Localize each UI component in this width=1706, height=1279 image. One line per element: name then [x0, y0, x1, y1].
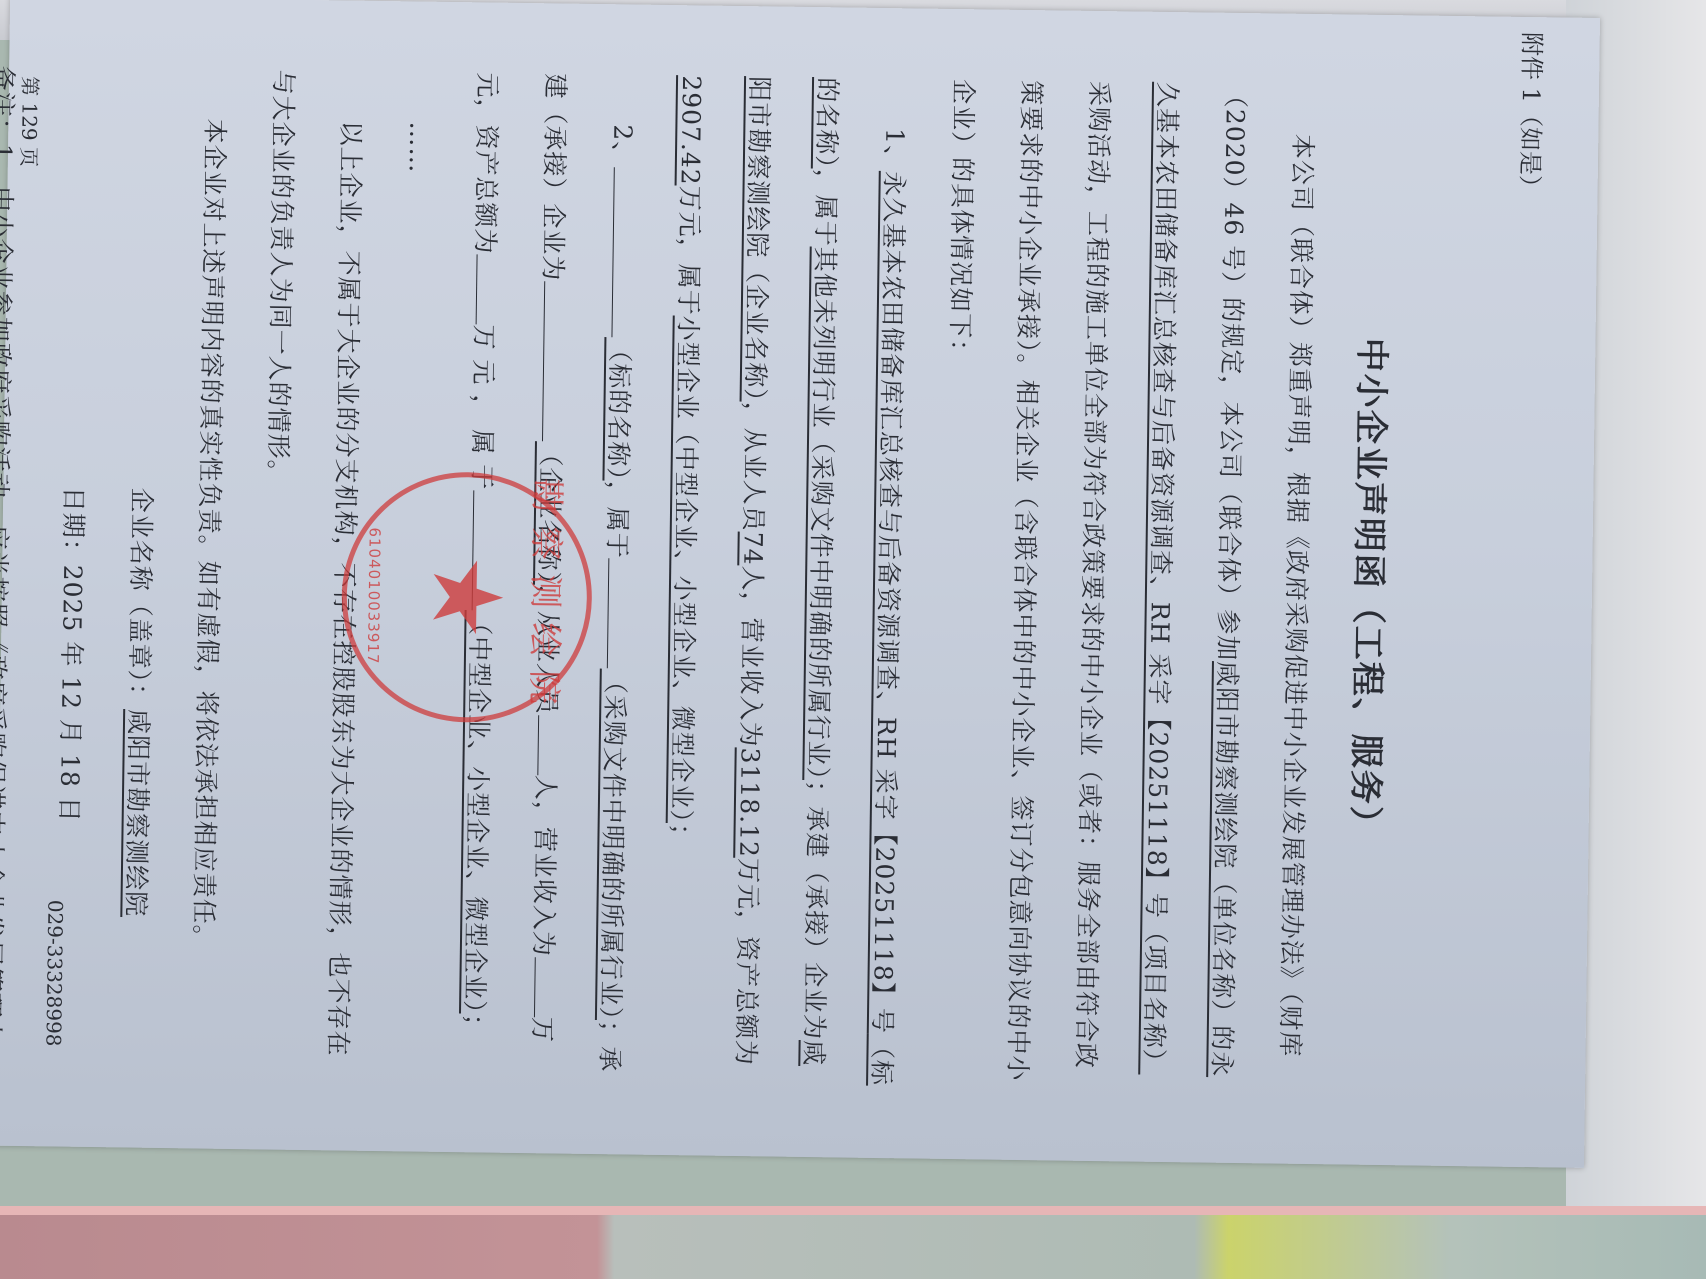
item1-subject: 永久基本农田储备库汇总核查与后备资源调查、RH 采字【20251118】号	[868, 171, 909, 1034]
item2-assets-blank	[476, 254, 502, 324]
item-1: 1、永久基本农田储备库汇总核查与后备资源调查、RH 采字【20251118】号（…	[643, 75, 929, 1089]
item1-industry: 其他未列明行业（采购文件中明确的所属行业）	[803, 247, 839, 781]
attachment-label: 附件 1（如是）	[1514, 32, 1551, 199]
item2-revenue-blank	[534, 957, 560, 1017]
item2-subject-blank	[611, 167, 638, 337]
document-title: 中小企业声明函（工程、服务）	[1327, 84, 1409, 1095]
document-page: 附件 1（如是） 中小企业声明函（工程、服务） 本公司（联合体）郑重声明，根据《…	[0, 0, 1600, 1168]
document-body: 中小企业声明函（工程、服务） 本公司（联合体）郑重声明，根据《政府采购促进中小企…	[0, 56, 1519, 1097]
item2-employees-blank	[537, 715, 563, 775]
signature-name: 咸阳市勘察测绘院	[121, 709, 153, 917]
item1-revenue: 3118.12	[734, 747, 765, 858]
notes-section: 备注：1、中小企业参加政府采购活动，应当按照《政府采购促进中小企业发展管理办法》…	[0, 61, 37, 1076]
background-table-surface	[0, 1215, 1706, 1279]
item1-employees: 74	[738, 532, 767, 566]
unit-name: 咸阳市勘察测绘院	[1210, 661, 1242, 869]
star-icon: ★	[418, 554, 515, 641]
official-seal-stamp: 勘察测绘院 ★ 6104010033917	[340, 471, 593, 724]
intro-paragraph: 本公司（联合体）郑重声明，根据《政府采购促进中小企业发展管理办法》（财库（202…	[915, 79, 1337, 1095]
item2-enterprise-blank	[542, 281, 569, 441]
signature-date: 2025 年 12 月 18 日	[55, 565, 88, 823]
item1-size-class: 小型企业	[672, 316, 702, 420]
footer-phone: 029-33328998	[41, 900, 67, 1047]
statement-responsibility: 本企业对上述声明内容的真实性负责。如有虚假，将依法承担相应责任。	[167, 68, 249, 1079]
item2-industry-blank	[607, 559, 634, 669]
item1-assets: 2907.42	[676, 75, 707, 186]
footer-page-number: 第 129 页	[16, 76, 46, 167]
stamp-text: 勘察测绘院	[522, 478, 574, 719]
note-1: 备注：1、中小企业参加政府采购活动，应当按照《政府采购促进中小企业发展管理办法》…	[0, 63, 37, 1076]
stamp-code: 6104010033917	[363, 476, 384, 716]
